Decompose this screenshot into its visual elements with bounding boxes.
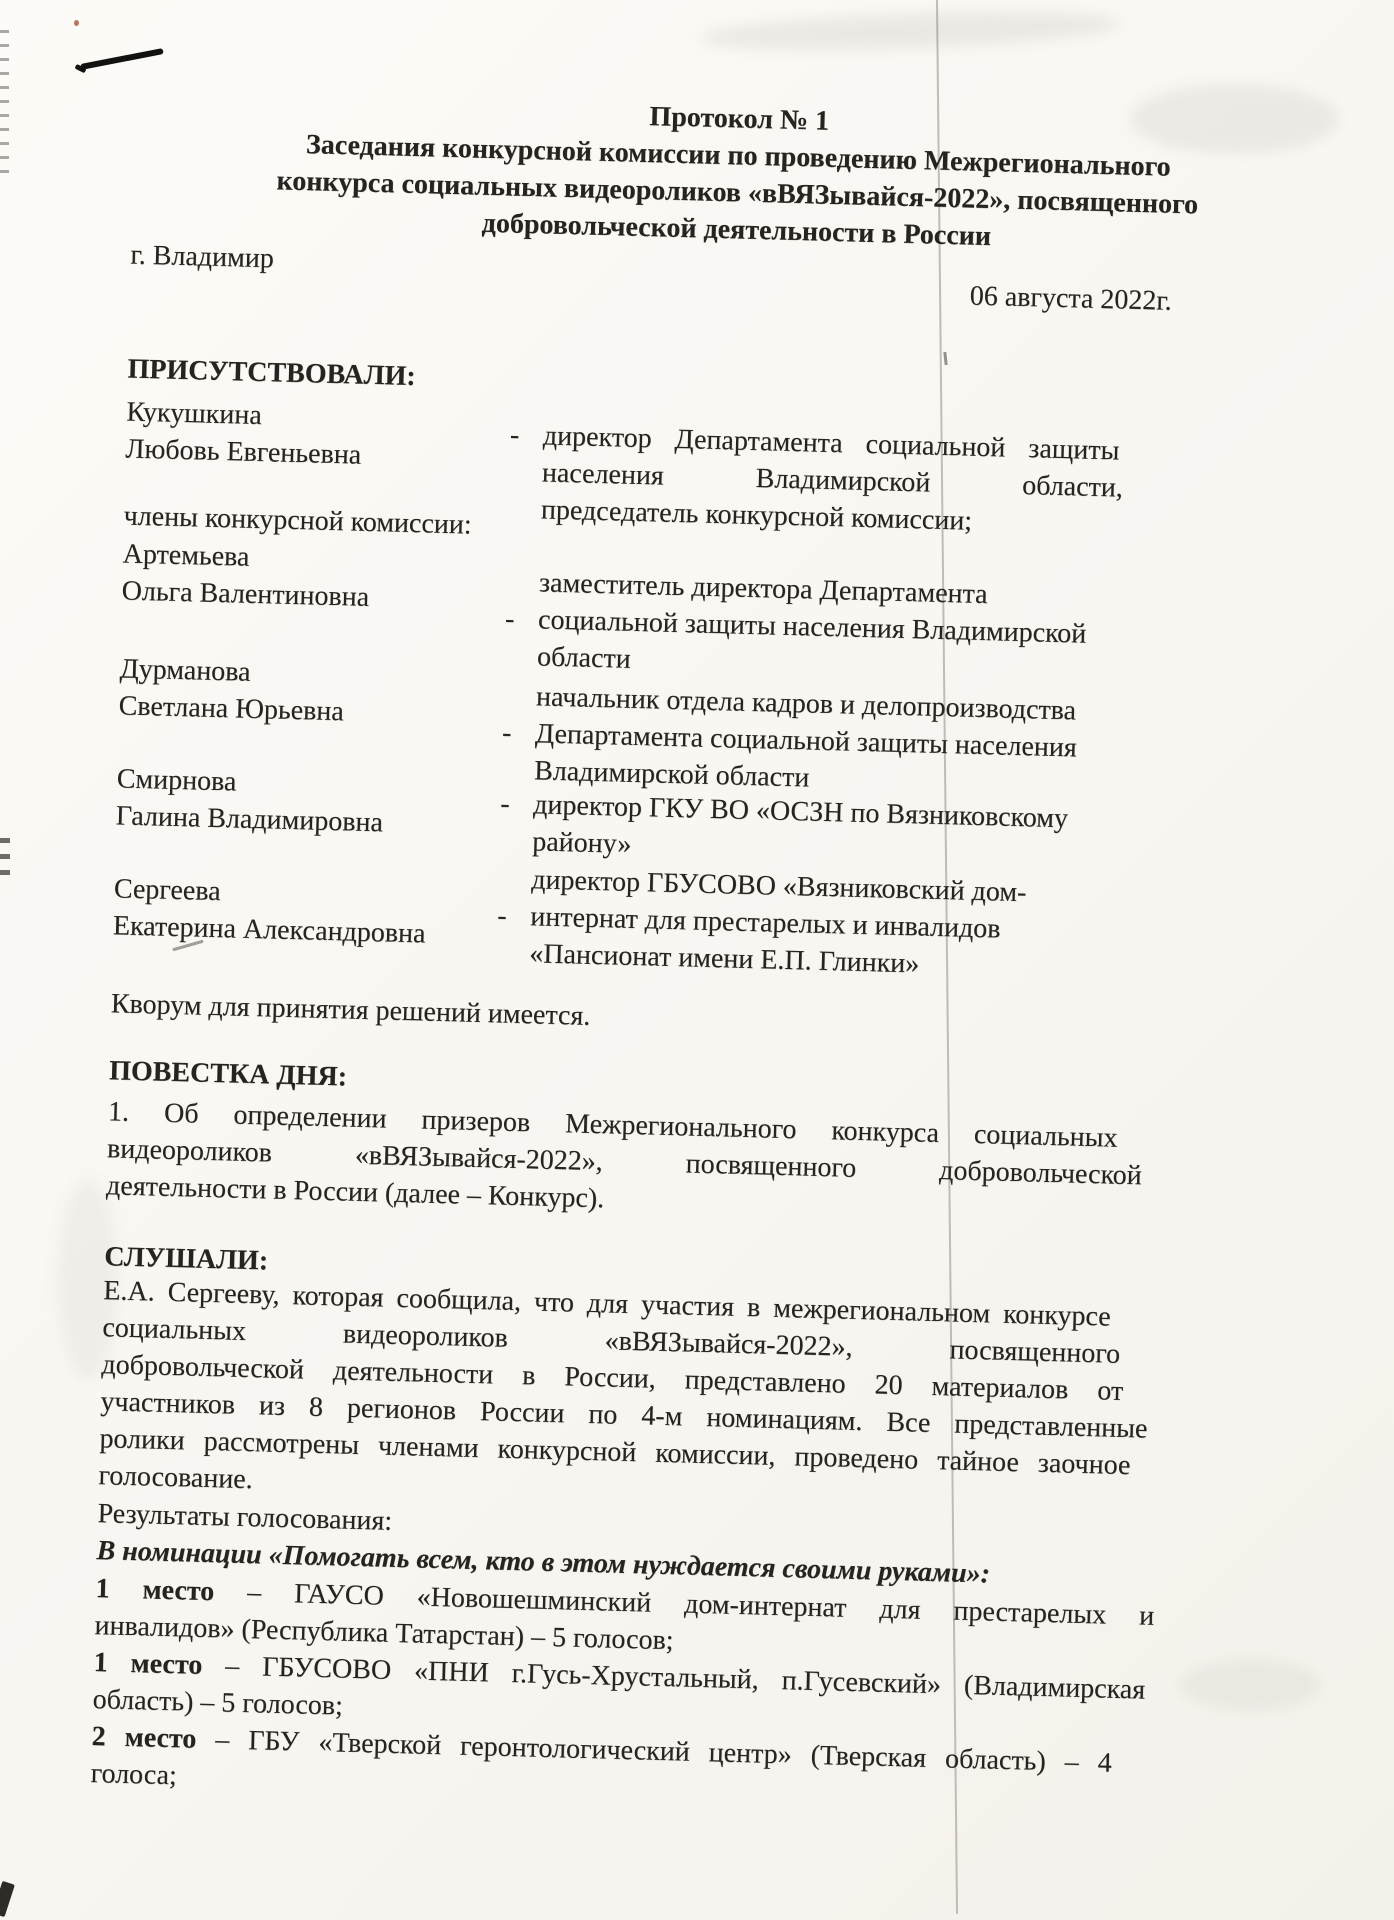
document-content: Протокол № 1 Заседания конкурсной комисс… [67,84,1251,1821]
left-edge-marks [0,838,10,886]
member-role: заместитель директора Департамента социа… [537,564,1240,693]
member-dash: - [497,860,532,935]
result-place-label: 1 место [95,1573,214,1607]
member-role: директор ГБУСОВО «Вязниковский дом- инте… [529,861,1232,990]
document-title: Протокол № 1 Заседания конкурсной комисс… [108,84,1251,262]
dash-glyph: - [502,714,536,752]
member-name: Артемьева Ольга Валентиновна [121,535,507,619]
member-name: Сергеева Екатерина Александровна [112,870,498,954]
member-name: Дурманова Светлана Юрьевна [118,650,504,734]
results-list: 1 место – ГАУСО «Новошешминский дом-инте… [67,1569,1212,1821]
scanned-protocol-page: Протокол № 1 Заседания конкурсной комисс… [0,0,1394,1920]
member-role: директор Департамента социальной защиты … [541,417,1244,546]
member-dash: - [509,404,543,455]
dash-glyph: - [509,417,543,455]
corner-ink-mark [0,1881,15,1917]
dash-glyph: - [497,897,531,935]
result-place-label: 2 место [91,1721,196,1755]
heard-paragraph: Е.А. Сергееву, которая сообщила, что для… [75,1272,1220,1524]
member-dash: - [500,770,534,823]
dash-glyph: - [500,785,534,823]
red-speck [74,20,79,26]
dash-glyph: - [505,600,539,638]
member-dash: - [505,545,540,638]
member-name: Кукушкина Любовь Евгеньевна [125,393,511,477]
scan-smudge [700,7,1121,56]
member-name: Смирнова Галина Владимировна [115,760,501,844]
left-edge-marks [0,30,9,182]
result-place-label: 1 место [93,1647,202,1681]
pen-stroke-mark [80,48,164,70]
member-dash: - [502,660,537,752]
